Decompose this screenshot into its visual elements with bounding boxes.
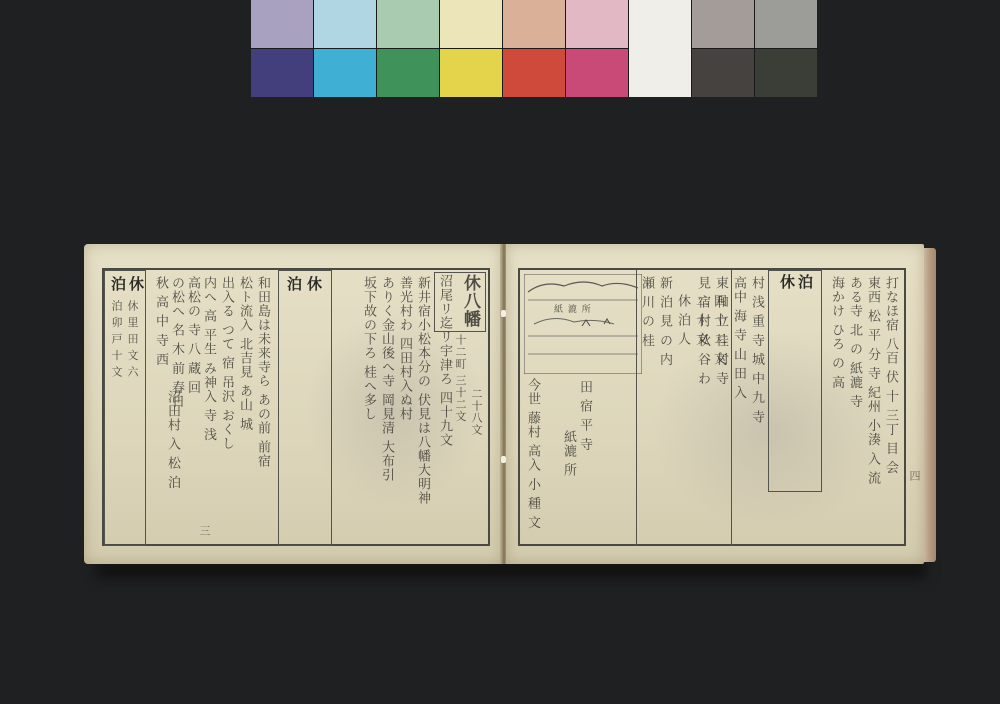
- patch-light-gray: [692, 0, 754, 48]
- inn-table-right: [768, 270, 822, 492]
- text-column: 新井宿小松本分の 伏見は八幡大明神: [414, 276, 430, 505]
- label-rest: 休: [304, 276, 325, 291]
- text-column: 松ト流入 北吉見 あ山 城: [236, 276, 252, 431]
- text-column: 田 宿 平 寺: [576, 380, 592, 451]
- patch-black: [755, 49, 817, 97]
- left-page: 休八幡 沼尾リ迄リ宇津ろ 四十九文 十二町 三十二文 二十八文 新井宿小松本分の…: [84, 244, 502, 564]
- text-column: 今世 藤村 高入 小 種 文: [524, 378, 540, 530]
- text-column: 善光村わ 四田村入ぬ村: [396, 276, 412, 421]
- text-column: 和田島は未来寺ら あの前 前宿: [254, 276, 270, 468]
- left-page-frame: 休八幡 沼尾リ迄リ宇津ろ 四十九文 十二町 三十二文 二十八文 新井宿小松本分の…: [102, 268, 490, 546]
- patch-green: [377, 49, 439, 97]
- text-column: 二十八文: [468, 388, 484, 436]
- color-calibration-target: [251, 0, 817, 96]
- text-column: 高松の 寺 八 蔵 回: [184, 276, 200, 395]
- text-column: 打なほ宿 八百 伏 十 三丁 目 会: [882, 276, 898, 475]
- patch-lavender: [251, 0, 313, 48]
- text-column: ありく金山後へ寺 岡見清 大布引: [378, 276, 394, 482]
- open-book: 休八幡 沼尾リ迄リ宇津ろ 四十九文 十二町 三十二文 二十八文 新井宿小松本分の…: [84, 244, 936, 566]
- text-column: 二 十 文: [692, 294, 708, 346]
- patch-red: [503, 49, 565, 97]
- label-stay: 泊: [108, 276, 129, 291]
- text-column: 泊 卯 戸 十 文: [108, 300, 124, 378]
- text-column: 高中 海 寺 山 田 入: [730, 276, 746, 400]
- text-column: 東西 松 平 分 寺 紀州 小湊 入 流: [864, 276, 880, 485]
- text-column: の松へ 名 木 前 春日: [168, 276, 184, 409]
- patch-light-pink: [566, 0, 628, 48]
- patch-light-yellow: [440, 0, 502, 48]
- folio-number: 四: [906, 470, 922, 481]
- label-stay: 泊: [795, 274, 816, 289]
- text-column: ある寺 北 の 紙漉 寺: [846, 276, 862, 409]
- text-column: 海かけ ひろ の 高: [828, 276, 844, 389]
- right-page: 紙 漉 所 打なほ宿 八百 伏 十 三丁 目 会 東西 松 平 分 寺 紀州 小…: [506, 244, 924, 564]
- patch-white: [629, 0, 691, 97]
- folio-number: 三: [196, 525, 212, 536]
- landscape-illustration: 紙 漉 所: [524, 274, 642, 374]
- text-column: 休 里 田 文 六: [124, 300, 140, 378]
- text-column: 坂下故の下ろ 桂へ多し: [360, 276, 376, 421]
- patch-mid-gray: [755, 0, 817, 48]
- right-page-frame: 紙 漉 所 打なほ宿 八百 伏 十 三丁 目 会 東西 松 平 分 寺 紀州 小…: [518, 268, 906, 546]
- text-column: 出入る つて 宿 吊沢 おくし: [218, 276, 234, 451]
- text-column: 紙漉 所: [560, 430, 576, 477]
- text-column: 四 十 二 文: [710, 294, 726, 365]
- mountain-river-icon: [524, 274, 642, 374]
- patch-cyan: [314, 49, 376, 97]
- page-edges: [924, 248, 936, 562]
- text-column: 休 泊 人: [674, 294, 690, 346]
- text-column: 村 浅 重 寺 城 中 九 寺: [748, 276, 764, 424]
- text-column: 内へ 高 平生 み神入 寺 浅: [200, 276, 216, 442]
- text-column: 新 泊 見 の 内: [656, 276, 672, 367]
- patch-light-blue: [314, 0, 376, 48]
- patch-blue: [251, 49, 313, 97]
- patch-light-green: [377, 0, 439, 48]
- patch-magenta: [566, 49, 628, 97]
- text-column: 瀬 川 の 桂: [638, 276, 654, 347]
- text-column: 十二町 三十二文: [452, 334, 468, 423]
- label-rest: 休: [126, 276, 147, 291]
- inn-table-middle: [278, 270, 332, 546]
- text-column: 沼田村 入 松 泊: [164, 390, 180, 489]
- text-column: 沼尾リ迄リ宇津ろ 四十九文: [436, 274, 452, 447]
- text-column: 秋 高 中 寺 西: [152, 276, 168, 367]
- illustration-caption: 紙 漉 所: [554, 302, 592, 318]
- patch-dark-gray: [692, 49, 754, 97]
- label-stay: 泊: [284, 276, 305, 291]
- patch-yellow: [440, 49, 502, 97]
- patch-light-orange: [503, 0, 565, 48]
